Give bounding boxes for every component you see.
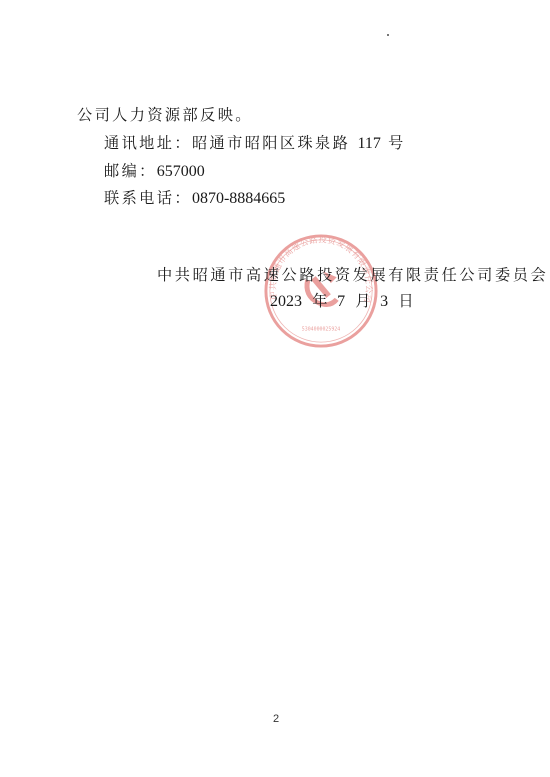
date-year: 2023 (270, 293, 302, 310)
phone-label: 联系电话： (104, 189, 192, 207)
paragraph-tail: 公司人力资源部反映。 (77, 105, 253, 125)
date-year-unit: 年 (312, 292, 330, 310)
date-month: 7 (337, 293, 345, 310)
scan-speck (387, 34, 389, 36)
postcode-label: 邮编： (104, 162, 157, 180)
phone-value: 0870-8884665 (192, 190, 285, 207)
signing-organization: 中共昭通市高速公路投资发展有限责任公司委员会 (157, 265, 548, 285)
postcode-value: 657000 (157, 163, 205, 180)
date-month-unit: 月 (355, 292, 373, 310)
document-page: 公司人力资源部反映。 通讯地址：昭通市昭阳区珠泉路 117 号 邮编：65700… (0, 0, 550, 777)
date-day-unit: 日 (398, 292, 416, 310)
address-line: 通讯地址：昭通市昭阳区珠泉路 117 号 (104, 133, 406, 154)
page-number: 2 (273, 713, 279, 725)
svg-text:5304000025924: 5304000025924 (302, 326, 340, 332)
phone-line: 联系电话：0870-8884665 (104, 188, 285, 209)
date-day: 3 (380, 293, 388, 310)
address-label: 通讯地址： (104, 134, 192, 152)
address-value: 昭通市昭阳区珠泉路 (192, 134, 350, 152)
signing-date: 2023 年 7 月 3 日 (270, 291, 416, 312)
address-suffix: 号 (388, 134, 406, 152)
postcode-line: 邮编：657000 (104, 161, 205, 182)
address-number: 117 (357, 135, 380, 152)
